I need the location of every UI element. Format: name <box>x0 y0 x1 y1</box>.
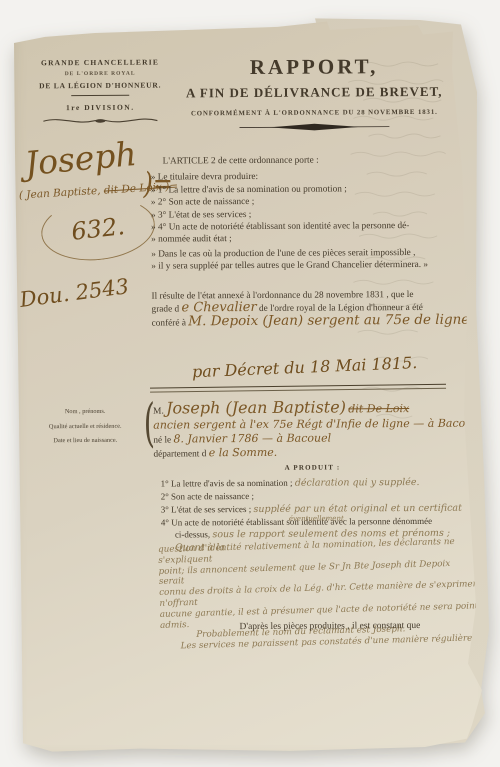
division-flourish <box>41 115 159 128</box>
item1-annotation: déclaration qui y supplée. <box>295 477 420 489</box>
chancellery-header: GRANDE CHANCELLERIE DE L'ORDRE ROYAL DE … <box>32 57 168 127</box>
identity-birth-row: né le 8. Janvier 1786 — à Bacouel <box>153 431 483 446</box>
label-birth: Date et lieu de naissance. <box>28 434 142 449</box>
article-2-block: L'ARTICLE 2 de cette ordonnance porte : … <box>151 154 474 274</box>
resulte-line3: conféré à M. Depoix (Jean) sergent au 75… <box>152 315 476 331</box>
chancellery-line1: GRANDE CHANCELLERIE <box>32 57 168 67</box>
born-prefix: né le <box>153 435 171 445</box>
identity-quality-row: ancien sergent à l'ex 75e Régt d'Infie d… <box>153 417 483 432</box>
chancellery-line3: DE LA LÉGION D'HONNEUR. <box>32 80 168 90</box>
identity-quality-handwritten: ancien sergent à l'ex 75e Régt d'Infie d… <box>153 416 500 431</box>
document-content: GRANDE CHANCELLERIE DE L'ORDRE ROYAL DE … <box>0 0 500 767</box>
division-label: 1re DIVISION. <box>32 102 168 112</box>
item3-annotation-2: éventuellement <box>289 512 344 525</box>
examiner-note-block: question d'identité relativement à la no… <box>158 536 481 653</box>
report-ordinance-line: CONFORMÉMENT À L'ORDONNANCE DU 28 NOVEMB… <box>166 109 462 118</box>
swelled-rule <box>239 122 389 132</box>
paper-sheet: GRANDE CHANCELLERIE DE L'ORDRE ROYAL DE … <box>0 0 500 767</box>
registry-number-circle: 632. <box>38 192 158 266</box>
article-q8: » il y sera suppléé par telles autres qu… <box>151 259 473 273</box>
identity-name-struck: dit De Loix <box>348 402 409 415</box>
resulte-block: Il résulte de l'état annexé à l'ordonnan… <box>151 289 475 331</box>
resulte-line3-pre: conféré à <box>152 318 186 328</box>
item3-printed: 3° L'état de ses services ; <box>161 504 252 515</box>
identity-birth-handwritten: 8. Janvier 1786 — à Bacouel <box>173 432 331 446</box>
item3-annotation: suppléé par un état original et un certi… <box>253 502 461 514</box>
conferred-name-handwritten: M. Depoix (Jean) sergent au 75e de ligne <box>188 312 469 330</box>
report-title: RAPPORT, <box>166 54 462 81</box>
report-title-block: RAPPORT, A FIN DE DÉLIVRANCE DE BREVET, … <box>166 54 462 133</box>
report-subtitle: A FIN DE DÉLIVRANCE DE BREVET, <box>166 84 462 102</box>
item4b-printed: ci-dessus, <box>175 529 210 539</box>
label-quality: Qualité actuelle et résidence. <box>28 419 142 434</box>
scanned-document-scene: GRANDE CHANCELLERIE DE L'ORDRE ROYAL DE … <box>0 0 500 767</box>
m-prefix: M. <box>153 407 164 417</box>
identity-name-row: M. Joseph (Jean Baptiste) dit De Loix <box>153 397 483 418</box>
header-divider-rule <box>71 95 129 96</box>
resulte-line2-pre: grade d <box>152 304 180 314</box>
registry-number: 632. <box>70 212 126 246</box>
identity-dept-row: département d e la Somme. <box>153 445 483 460</box>
margin-name-script: Joseph <box>23 134 138 183</box>
dossier-number: Dou. 2543 <box>18 274 130 312</box>
identity-margin-labels: Nom , prénoms. Qualité actuelle et résid… <box>28 405 142 449</box>
identity-content: M. Joseph (Jean Baptiste) dit De Loix an… <box>153 397 483 460</box>
article-q6: » nommée audit état ; <box>151 232 473 246</box>
chancellery-line2: DE L'ORDRE ROYAL <box>32 70 168 77</box>
identity-name-handwritten: Joseph (Jean Baptiste) <box>166 397 346 417</box>
article-intro: L'ARTICLE 2 de cette ordonnance porte : <box>151 154 473 168</box>
a-produit-heading: A PRODUIT : <box>152 463 472 473</box>
dept-prefix: département d <box>153 449 206 459</box>
identity-dept-handwritten: e la Somme. <box>209 446 278 459</box>
item1-printed: 1° La lettre d'avis de sa nomination ; <box>161 478 293 489</box>
paper-stack: GRANDE CHANCELLERIE DE L'ORDRE ROYAL DE … <box>0 0 500 767</box>
conclusion-line: D'après les pièces produites , il est co… <box>239 621 420 632</box>
label-name: Nom , prénoms. <box>28 405 142 420</box>
